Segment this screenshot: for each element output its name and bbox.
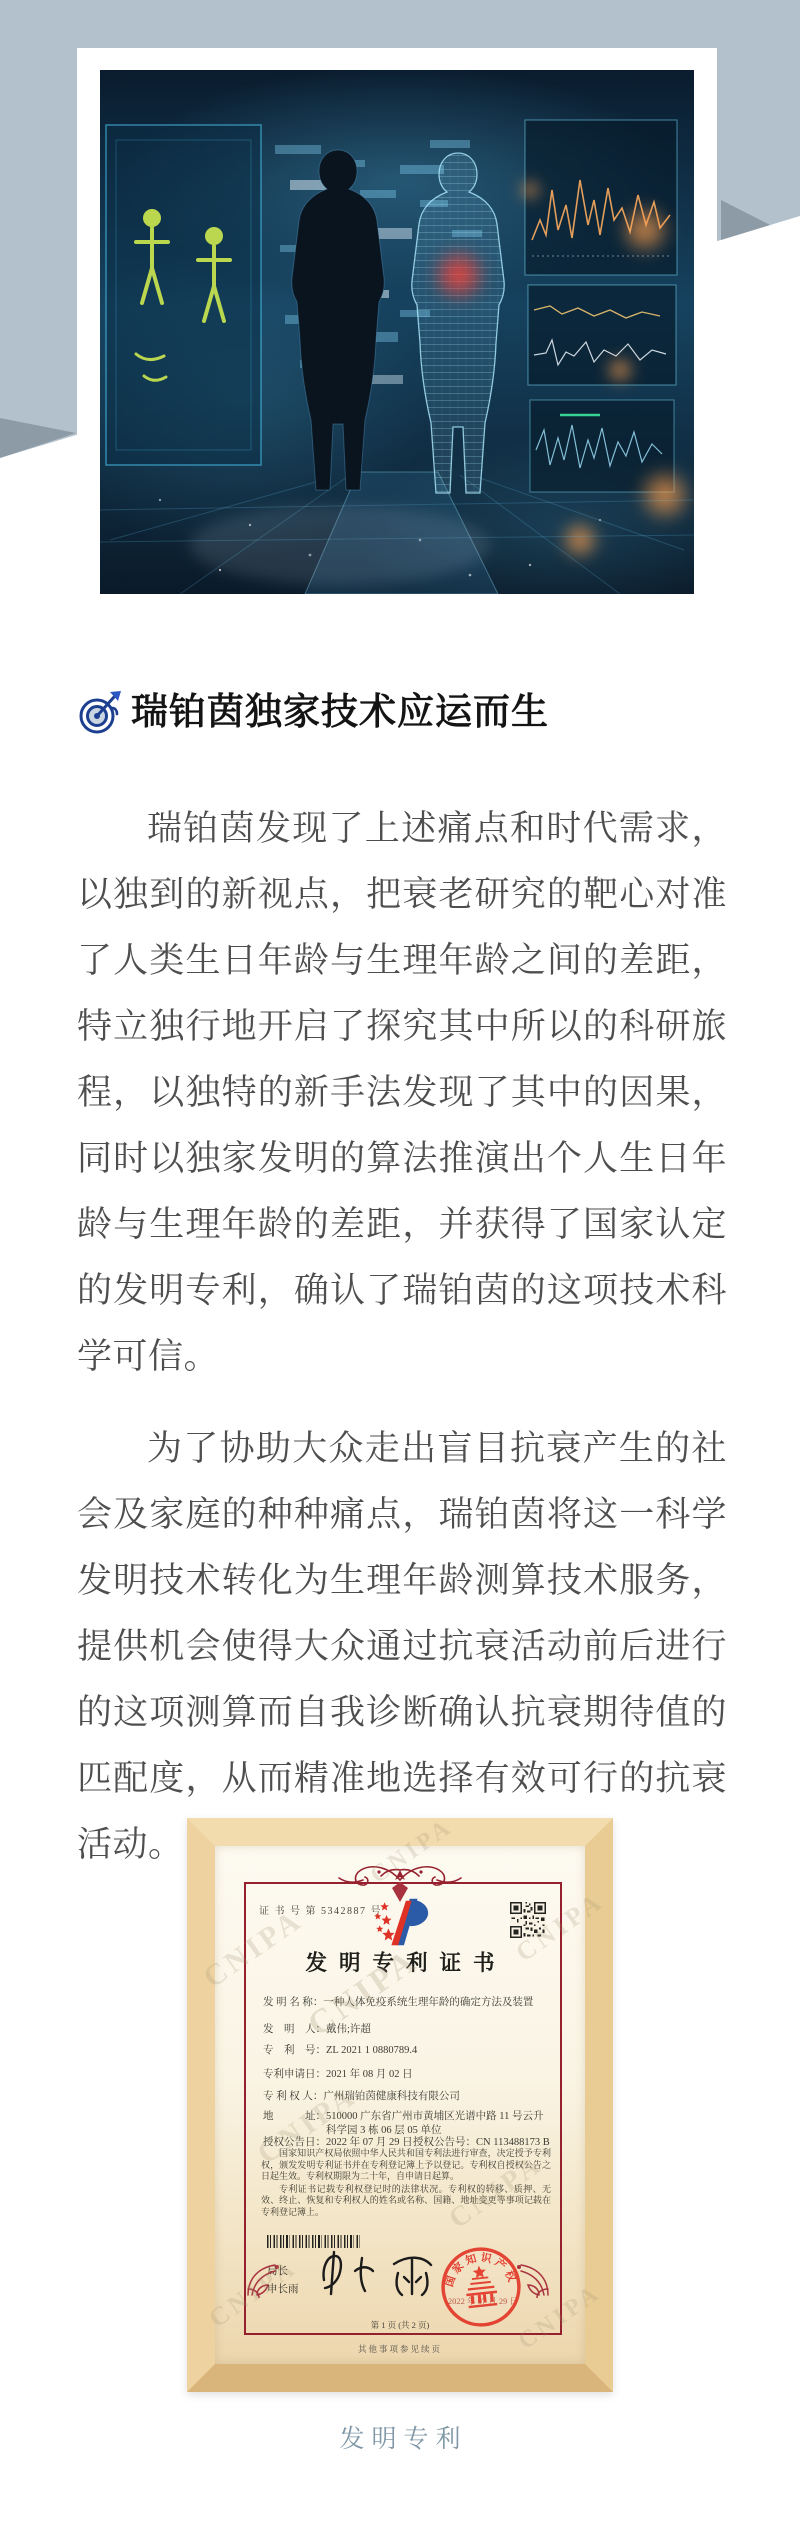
field-patent-number: 专 利 号：ZL 2021 1 0880789.4	[263, 2044, 547, 2058]
certificate-title: 发明专利证书	[215, 1946, 585, 1977]
corner-flourish-ornament	[245, 2260, 283, 2298]
article-paragraph: 为了协助大众走出盲目抗衰产生的社会及家庭的种种痛点，瑞铂茵将这一科学发明技术转化…	[77, 1416, 727, 1878]
section-title: 瑞铂茵独家技术应运而生	[131, 688, 549, 736]
grant-no-label: 授权公告号：	[413, 2137, 476, 2148]
continuation-footnote: 其他事项参见续页	[215, 2343, 585, 2355]
grant-date-value: 2022 年 07 月 29 日	[326, 2137, 413, 2148]
qr-code	[510, 1902, 546, 1938]
grant-date-label: 授权公告日：	[263, 2137, 326, 2148]
corner-flourish-ornament	[513, 2260, 551, 2298]
grant-no-value: CN 113488173 B	[476, 2137, 550, 2148]
field-address: 地 址：510000 广东省广州市黄埔区光谱中路 11 号云升科学园 3 栋 0…	[263, 2110, 547, 2138]
article-body: 瑞铂茵发现了上述痛点和时代需求，以独到的新视点，把衰老研究的靶心对准了人类生日年…	[77, 796, 727, 1878]
article-page: 瑞铂茵独家技术应运而生 瑞铂茵发现了上述痛点和时代需求，以独到的新视点，把衰老研…	[0, 0, 800, 2528]
patent-certificate: 证 书 号 第 5342887 号	[215, 1846, 585, 2364]
certificate-caption: 发明专利	[0, 2419, 800, 2455]
dart-target-icon	[76, 688, 124, 736]
hero-photo-card	[77, 48, 717, 617]
certificate-legal-text: 国家知识产权局依照中华人民共和国专利法进行审查，决定授予专利权，颁发发明专利证书…	[261, 2148, 551, 2220]
patent-certificate-frame: 证 书 号 第 5342887 号	[187, 1818, 613, 2392]
field-patentee: 专 利 权 人：广州瑞铂茵健康科技有限公司	[263, 2090, 547, 2104]
page-number-info: 第 1 页 (共 2 页)	[215, 2319, 585, 2331]
cnipa-logo	[371, 1896, 433, 1948]
director-signature	[310, 2244, 445, 2300]
field-inventor: 发 明 人：戴伟;许超	[263, 2023, 547, 2037]
article-paragraph: 瑞铂茵发现了上述痛点和时代需求，以独到的新视点，把衰老研究的靶心对准了人类生日年…	[77, 796, 727, 1390]
hero-image	[100, 70, 694, 594]
section-heading: 瑞铂茵独家技术应运而生	[76, 688, 549, 736]
field-application-date: 专利申请日：2021 年 08 月 02 日	[263, 2068, 547, 2082]
field-invention-name: 发 明 名 称：一种人体免疫系统生理年龄的确定方法及装置	[263, 1996, 547, 2010]
certificate-number: 证 书 号 第 5342887 号	[259, 1902, 382, 1917]
hero-illustration	[100, 70, 694, 594]
